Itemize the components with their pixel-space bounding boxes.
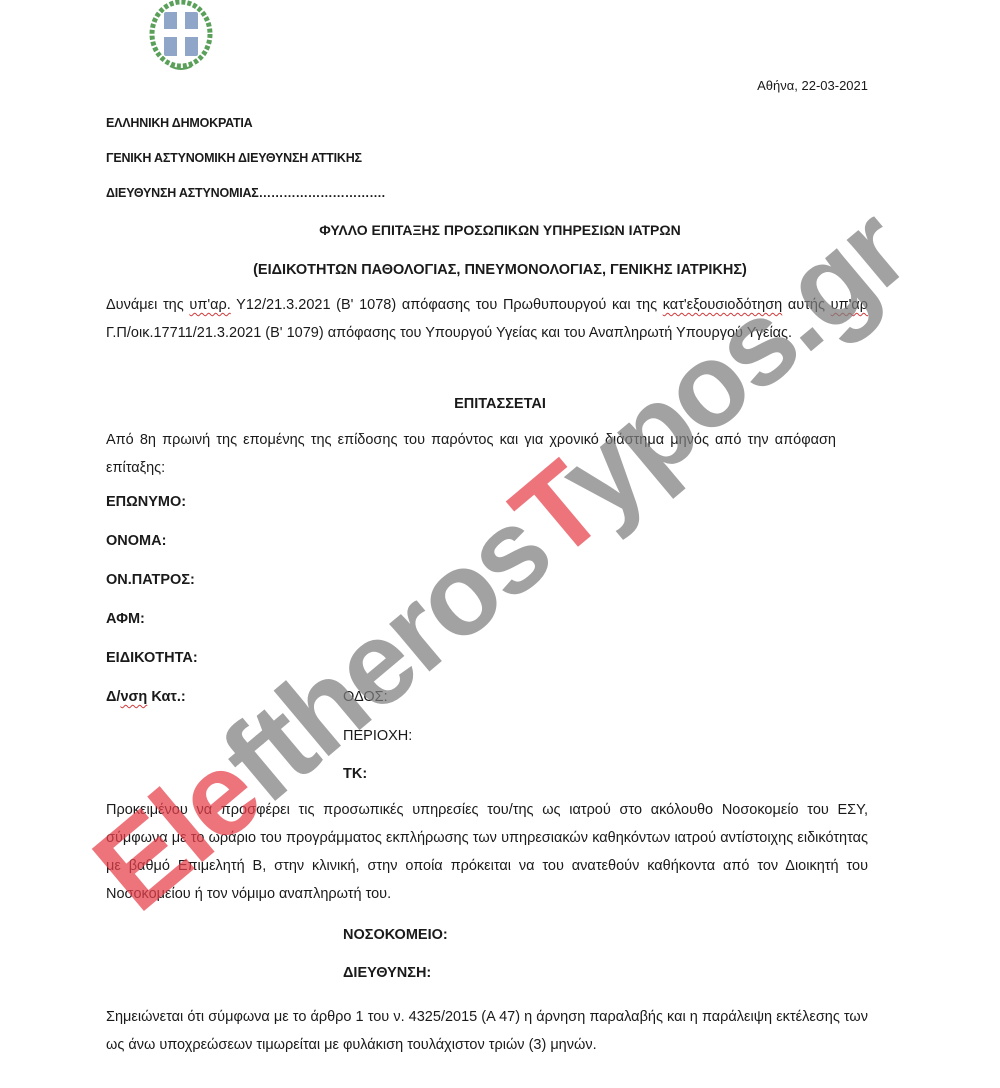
field-specialty: ΕΙΔΙΚΟΤΗΤΑ:: [106, 650, 198, 666]
requisition-document: Αθήνα, 22-03-2021 ΕΛΛΗΝΙΚΗ ΔΗΜΟΚΡΑΤΙΑ ΓΕ…: [0, 0, 1000, 1088]
document-subtitle: (ΕΙΔΙΚΟΤΗΤΩΝ ΠΑΘΟΛΟΓΙΑΣ, ΠΝΕΥΜΟΝΟΛΟΓΙΑΣ,…: [0, 262, 1000, 278]
header-police-directorate: ΓΕΝΙΚΗ ΑΣΤΥΝΟΜΙΚΗ ΔΙΕΥΘΥΝΣΗ ΑΤΤΙΚΗΣ: [106, 151, 362, 165]
intro-text: Δυνάμει της: [106, 297, 189, 313]
field-address-text: Δ/: [106, 689, 120, 705]
header-police-department: ΔΙΕΥΘΥΝΣΗ ΑΣΤΥΝΟΜΙΑΣ………………………….: [106, 186, 385, 200]
hospital-name-label: ΝΟΣΟΚΟΜΕΙΟ:: [343, 927, 448, 943]
watermark-text: ypos.gr: [535, 184, 930, 546]
intro-text: Υ12/21.3.2021 (Β' 1078) απόφασης του Πρω…: [231, 297, 663, 313]
order-paragraph: Από 8η πρωινή της επομένης της επίδοσης …: [106, 426, 836, 482]
field-father-name: ΟΝ.ΠΑΤΡΟΣ:: [106, 572, 195, 588]
hospital-address-label: ΔΙΕΥΘΥΝΣΗ:: [343, 965, 431, 981]
document-title: ΦΥΛΛΟ ΕΠΙΤΑΞΗΣ ΠΡΟΣΩΠΙΚΩΝ ΥΠΗΡΕΣΙΩΝ ΙΑΤΡ…: [0, 222, 1000, 238]
document-date: Αθήνα, 22-03-2021: [757, 78, 868, 93]
field-address: Δ/νση Κατ.:: [106, 689, 186, 705]
intro-text-flagged: υπ'αρ.: [189, 297, 230, 313]
field-name: ΟΝΟΜΑ:: [106, 533, 166, 549]
penalty-note: Σημειώνεται ότι σύμφωνα με το άρθρο 1 το…: [106, 1003, 868, 1059]
intro-text-flagged: κατ'εξουσιοδότηση: [663, 297, 782, 313]
intro-text-flagged: υπ'αρ: [831, 297, 868, 313]
watermark-text: ftheros: [199, 483, 574, 828]
header-republic: ΕΛΛΗΝΙΚΗ ΔΗΜΟΚΡΑΤΙΑ: [106, 116, 253, 130]
field-postal-code: ΤΚ:: [343, 766, 367, 782]
service-paragraph: Προκειμένου να προσφέρει τις προσωπικές …: [106, 796, 868, 908]
field-address-text: Κατ.:: [147, 689, 185, 705]
order-heading: ΕΠΙΤΑΣΣΕΤΑΙ: [0, 396, 1000, 412]
intro-paragraph: Δυνάμει της υπ'αρ. Υ12/21.3.2021 (Β' 107…: [106, 291, 868, 347]
field-address-flagged: νση: [120, 689, 147, 705]
intro-text: Γ.Π/οικ.17711/21.3.2021 (Β' 1079) απόφασ…: [106, 325, 792, 341]
field-afm: ΑΦΜ:: [106, 611, 145, 627]
field-area: ΠΕΡΙΟΧΗ:: [343, 728, 412, 744]
intro-text: αυτής: [782, 297, 830, 313]
field-surname: ΕΠΩΝΥΜΟ:: [106, 494, 186, 510]
field-street: ΟΔΟΣ:: [343, 689, 388, 705]
greek-coat-of-arms-icon: [148, 0, 214, 72]
